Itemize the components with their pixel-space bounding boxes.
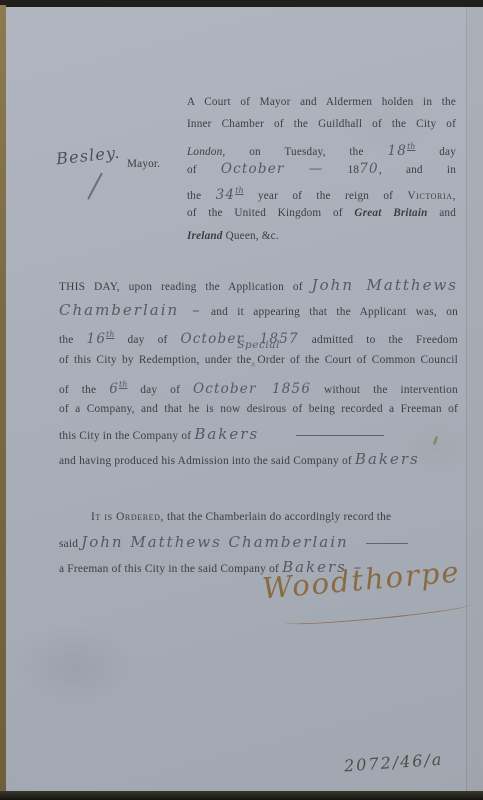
page-content: Besley. Mayor. A Court of Mayor and Alde… [6, 7, 483, 791]
printed-text: day [439, 146, 456, 158]
printed-text-italic: Great Britain [354, 207, 427, 219]
ordinal-suffix: th [119, 380, 127, 389]
handwritten-regnal-year: 34th [216, 187, 244, 203]
printed-text: and [439, 207, 456, 219]
company-name-handwritten: Bakers [355, 450, 420, 468]
handwritten-month: October [221, 161, 285, 177]
printed-text: year of the reign of [258, 190, 393, 202]
header-line-4: of October — 1870, and in [187, 158, 456, 180]
ordinal-suffix: th [235, 186, 243, 195]
applicant-name-handwritten: John Matthews [312, 276, 458, 294]
inserted-word-handwritten: Special [237, 333, 280, 358]
printed-text-italic: Ireland [187, 230, 223, 242]
backdrop-top-edge [0, 0, 483, 7]
printed-text: THIS DAY, upon reading the Application o… [59, 281, 303, 293]
header-line-7: Ireland Queen, &c. [187, 225, 456, 247]
header-line-6: of the United Kingdom of Great Britain a… [187, 202, 456, 224]
header-line-1: A Court of Mayor and Aldermen holden in … [187, 91, 456, 113]
handwritten-year: 70 [359, 161, 379, 177]
printed-text: day of [128, 334, 168, 346]
photograph: Besley. Mayor. A Court of Mayor and Alde… [0, 0, 483, 800]
printed-year-prefix: 18 [348, 164, 360, 176]
handwritten-date: October 1856 [193, 381, 311, 397]
insertion-anchor: Special^ [251, 348, 257, 358]
header-line-5: the 34th year of the reign of Victoria, [187, 180, 456, 202]
regnal-number: 34 [216, 187, 236, 203]
mayor-label: Mayor. [127, 158, 160, 170]
body-line-4: of this City by Redemption, under theSpe… [59, 348, 458, 373]
printed-text: admitted to the Freedom [312, 334, 458, 346]
handwritten-dash-rule [366, 543, 408, 544]
handwritten-day: 6th [109, 381, 127, 397]
printed-text: of this City by Redemption, under the [59, 354, 251, 366]
order-opening-smallcaps: It is Ordered, [91, 511, 164, 523]
printed-text: Order of the Court of Common Council [257, 354, 458, 366]
printed-text: of [187, 164, 197, 176]
monarch-name: Victoria, [407, 190, 456, 202]
body-line-8: and having produced his Admission into t… [59, 447, 458, 472]
body-line-7: this City in the Company of Bakers [59, 422, 458, 447]
handwritten-day: 18th [387, 143, 415, 159]
printed-text: without the intervention [324, 384, 458, 396]
signature-flourish [284, 600, 472, 627]
handwritten-dash-rule [296, 435, 384, 436]
printed-text: on Tuesday, the [249, 146, 363, 158]
printed-text: and it appearing that the Applicant was,… [211, 306, 458, 318]
printed-text: of the [59, 384, 96, 396]
header-line-3: London, on Tuesday, the 18th day [187, 136, 456, 158]
printed-text: day of [140, 384, 180, 396]
ordinal-suffix: th [106, 330, 114, 339]
applicant-surname-handwritten: Chamberlain – [59, 301, 202, 319]
archive-reference: 2072/46/a [343, 750, 443, 776]
printed-text-italic: London, [187, 146, 225, 158]
printed-text: , and in [379, 164, 456, 176]
document-page: Besley. Mayor. A Court of Mayor and Alde… [6, 7, 483, 791]
main-paragraph: THIS DAY, upon reading the Application o… [59, 273, 458, 472]
order-line-1: It is Ordered, that the Chamberlain do a… [59, 505, 458, 530]
handwritten-day-number: 18 [387, 143, 407, 159]
printed-text: of a Company, and that he is now desirou… [59, 403, 458, 415]
printed-text: of the United Kingdom of [187, 207, 343, 219]
recorded-name-handwritten: John Matthews Chamberlain [81, 533, 349, 551]
printed-text: and having produced his Admission into t… [59, 455, 352, 467]
backdrop-bottom-edge [0, 791, 483, 800]
printed-text: said [59, 538, 78, 550]
ordinal-suffix: th [407, 142, 415, 151]
printed-text: a Freeman of this City in the said Compa… [59, 563, 279, 575]
body-line-5: of the 6th day of October 1856 without t… [59, 373, 458, 398]
printed-text: Inner Chamber of the Guildhall of the Ci… [187, 118, 456, 130]
printed-text: that the Chamberlain do accordingly reco… [167, 511, 391, 523]
printed-text: the [187, 190, 201, 202]
day-number: 6 [109, 381, 119, 397]
printed-text: A Court of Mayor and Aldermen holden in … [187, 96, 456, 108]
handwritten-day: 16th [87, 331, 115, 347]
day-number: 16 [87, 331, 107, 347]
body-line-2: Chamberlain – and it appearing that the … [59, 298, 458, 323]
header-paragraph: A Court of Mayor and Aldermen holden in … [187, 91, 456, 247]
printed-text: this City in the Company of [59, 430, 191, 442]
printed-text: the [59, 334, 74, 346]
body-line-6: of a Company, and that he is now desirou… [59, 397, 458, 422]
company-name-handwritten: Bakers [194, 425, 259, 443]
body-line-1: THIS DAY, upon reading the Application o… [59, 273, 458, 298]
pen-flourish [87, 172, 102, 199]
mayor-name-handwritten: Besley. [55, 143, 121, 169]
order-line-2: said John Matthews Chamberlain [59, 530, 458, 555]
caret-mark: ^ [251, 361, 255, 370]
handwritten-dash: — [309, 161, 324, 177]
header-line-2: Inner Chamber of the Guildhall of the Ci… [187, 113, 456, 135]
printed-text: Queen, &c. [226, 230, 279, 242]
